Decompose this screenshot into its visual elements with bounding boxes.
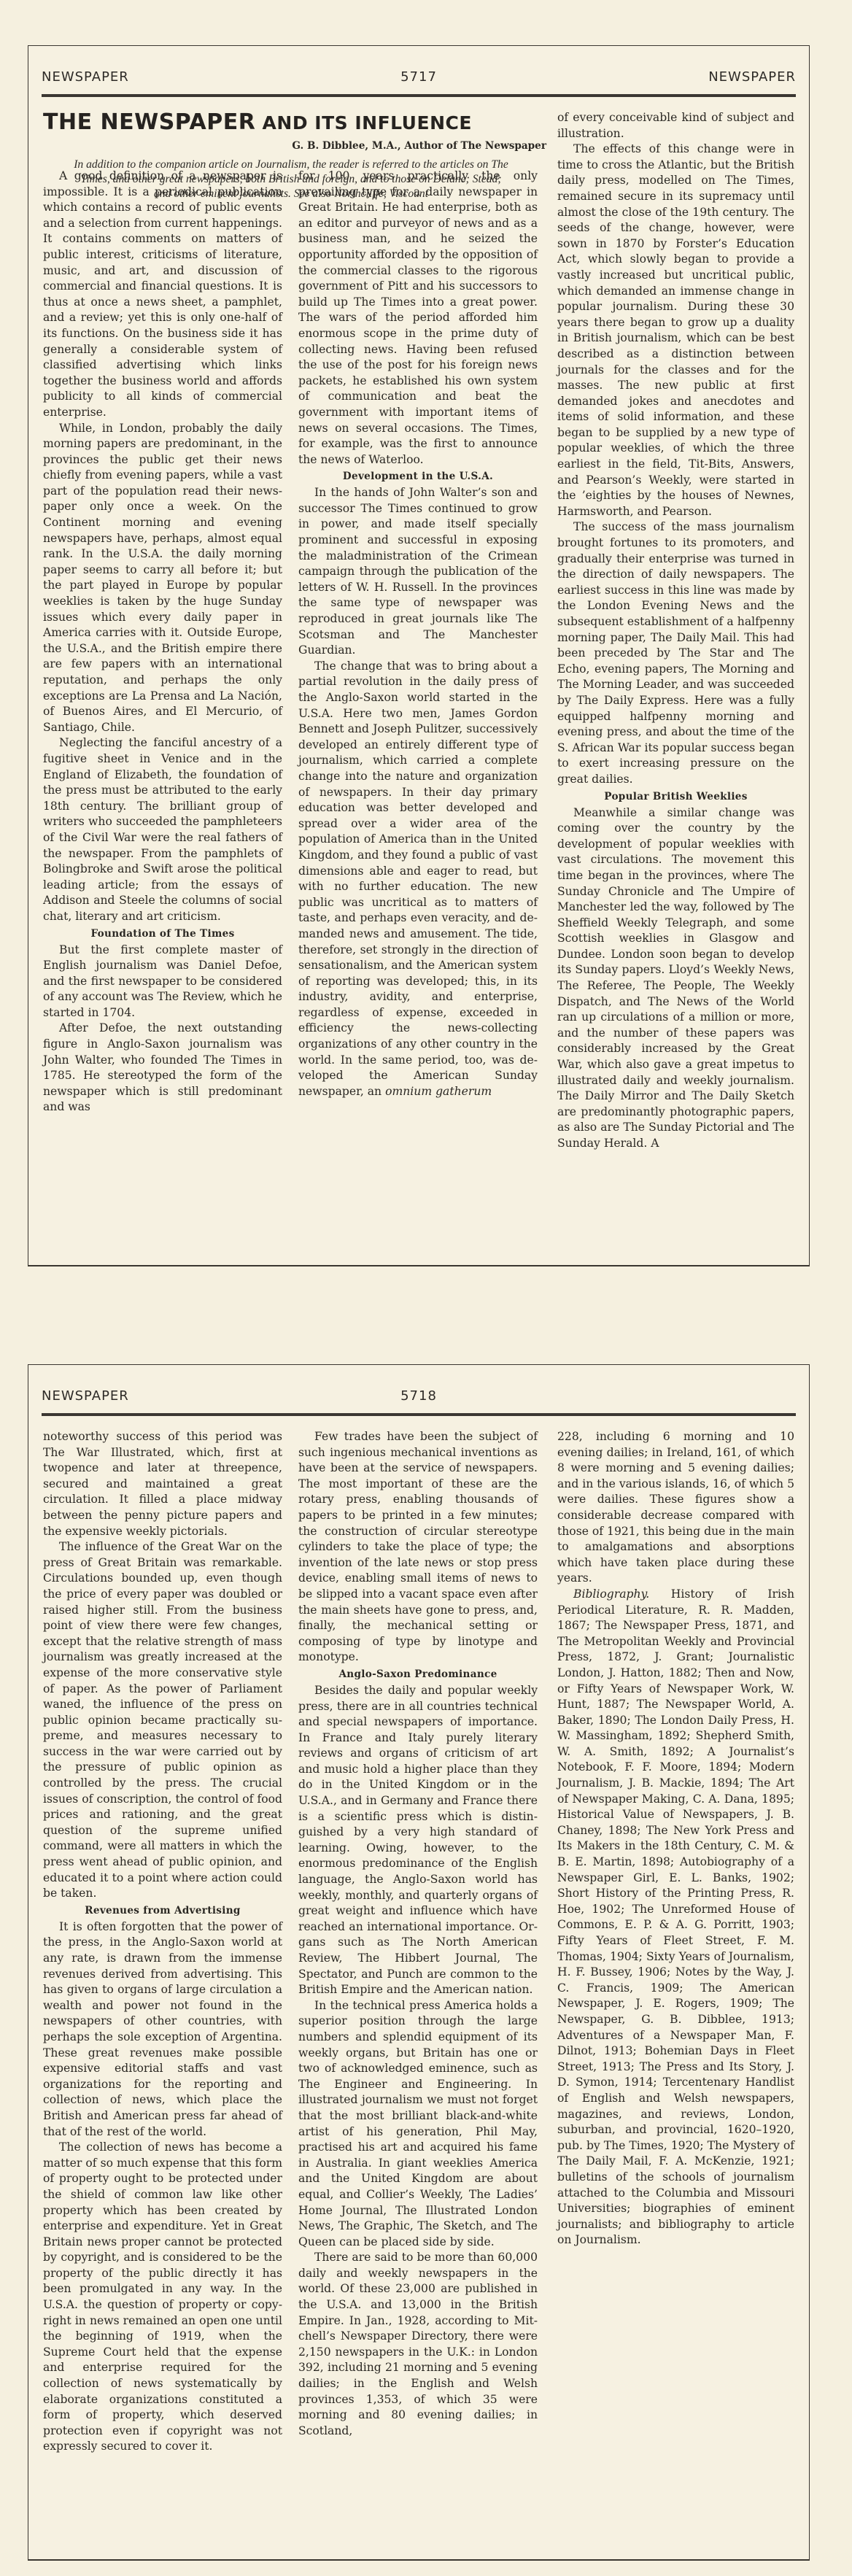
page-number: 5718: [42, 1388, 796, 1404]
section-heading: Popular British Weeklies: [557, 789, 794, 804]
paragraph: Besides the daily and popular weekly pre…: [298, 1683, 538, 1998]
paragraph: While, in London, probably the daily mor…: [43, 421, 282, 736]
article-title: THE NEWSPAPER AND ITS INFLUENCE: [43, 109, 546, 137]
paragraph: The success of the mass journal­ism brou…: [557, 519, 794, 787]
running-head: NEWSPAPER 5717 NEWSPAPER: [42, 69, 796, 96]
section-heading: Foundation of The Times: [43, 927, 282, 941]
running-head: NEWSPAPER 5718: [42, 1388, 796, 1415]
paragraph: noteworthy success of this period was Th…: [43, 1429, 282, 1539]
paragraph: There are said to be more than 60,000 da…: [298, 2250, 538, 2439]
paragraph: The collection of news has be­come a mat…: [43, 2140, 282, 2455]
column-3: 228, including 6 morning and 10 evening …: [557, 1429, 794, 2248]
bibliography-text: History of Irish Periodical Literature, …: [557, 1587, 794, 2246]
footer-rule: [28, 2559, 809, 2561]
paragraph: Few trades have been the sub­ject of suc…: [298, 1429, 538, 1666]
paragraph: The change that was to bring about a par…: [298, 659, 538, 1100]
paragraph: of every conceivable kind of subject and…: [557, 110, 794, 142]
page-number: 5717: [42, 69, 796, 85]
footer-rule: [28, 1265, 809, 1266]
paragraph: for 100 years practically the only preva…: [298, 169, 538, 468]
page-5717: NEWSPAPER 5717 NEWSPAPER THE NEWSPAPER A…: [28, 45, 810, 1266]
paragraph: Neglecting the fanciful ancestry of a fu…: [43, 735, 282, 924]
column-1: A good definition of a newspaper is impo…: [43, 169, 282, 1115]
title-part-3: INFLUENCE: [355, 112, 472, 134]
paragraph: The effects of this change were in time …: [557, 142, 794, 519]
paragraph: 228, including 6 morning and 10 evening …: [557, 1429, 794, 1587]
bibliography-label: Bibliography.: [573, 1587, 649, 1601]
paragraph: The influence of the Great War on the pr…: [43, 1539, 282, 1902]
header-rule: [42, 94, 796, 97]
column-2: Few trades have been the sub­ject of suc…: [298, 1429, 538, 2439]
page-5718: NEWSPAPER 5718 noteworthy success of thi…: [28, 1364, 810, 2561]
header-rule: [42, 1413, 796, 1416]
bibliography: Bibliography. History of Irish Periodica…: [557, 1587, 794, 2248]
italic-phrase: omnium gatherum: [385, 1085, 492, 1098]
section-heading: Development in the U.S.A.: [298, 469, 538, 484]
column-3: of every conceivable kind of subject and…: [557, 110, 794, 1152]
section-heading: Revenues from Advertising: [43, 1903, 282, 1918]
paragraph: After Defoe, the next outstand­ing figur…: [43, 1021, 282, 1115]
paragraph: But the first complete master of English…: [43, 943, 282, 1021]
running-head-right: NEWSPAPER: [708, 69, 796, 85]
column-1: noteworthy success of this period was Th…: [43, 1429, 282, 2455]
column-2: for 100 years practically the only preva…: [298, 169, 538, 1099]
paragraph: In the hands of John Walter’s son and su…: [298, 485, 538, 659]
paragraph: In the technical press America holds a s…: [298, 1998, 538, 2251]
paragraph: A good definition of a newspaper is impo…: [43, 169, 282, 421]
section-heading: Anglo-Saxon Predominance: [298, 1667, 538, 1682]
title-part-1: THE NEWSPAPER: [43, 109, 255, 135]
paragraph: Meanwhile a similar change was coming ov…: [557, 805, 794, 1152]
paragraph: It is often forgotten that the power of …: [43, 1919, 282, 2140]
title-part-2: AND ITS: [255, 112, 355, 134]
paragraph-text: The change that was to bring about a par…: [298, 660, 538, 1098]
byline: G. B. Dibblee, M.A., Author of The Newsp…: [43, 140, 546, 152]
